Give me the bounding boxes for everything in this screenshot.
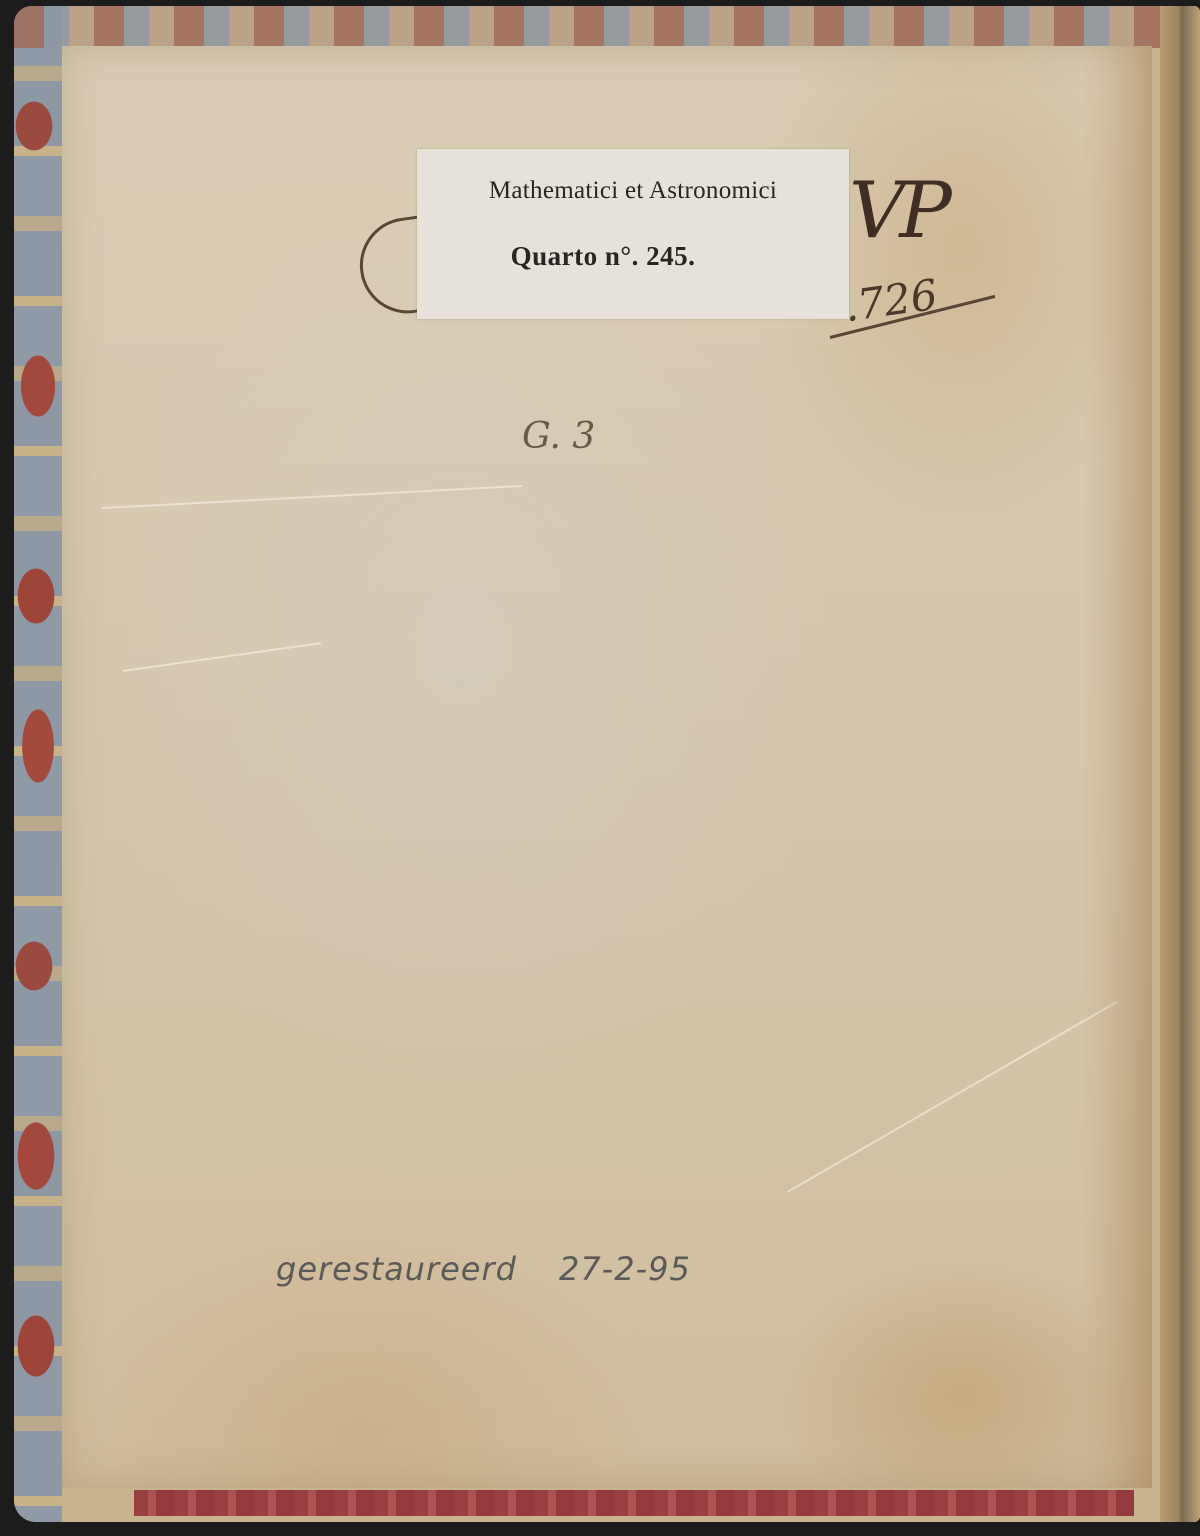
restoration-word: gerestaureerd: [276, 1250, 517, 1288]
marbled-turn-in-top: [14, 6, 1200, 48]
spine-hinge: [1160, 6, 1200, 1522]
restoration-date: 27-2-95: [559, 1250, 691, 1288]
label-collection: Mathematici et Astronomici: [417, 177, 849, 205]
shelfmark-label: Mathematici et Astronomici Quarto n°. 24…: [417, 149, 849, 319]
paper-crease: [787, 1001, 1117, 1193]
book-inner-cover: Mathematici et Astronomici Quarto n°. 24…: [14, 6, 1200, 1522]
marbled-turn-in-left: [14, 6, 62, 1522]
label-shelfmark: Quarto n°. 245.: [417, 241, 849, 272]
handwritten-monogram: VP: [849, 166, 946, 256]
paper-crease: [123, 642, 321, 672]
handwritten-shelf-note: G. 3: [522, 416, 595, 457]
marbled-turn-in-bottom: [134, 1490, 1134, 1516]
pencil-restoration-note: gerestaureerd27-2-95: [276, 1250, 691, 1288]
paper-crease: [102, 485, 522, 509]
